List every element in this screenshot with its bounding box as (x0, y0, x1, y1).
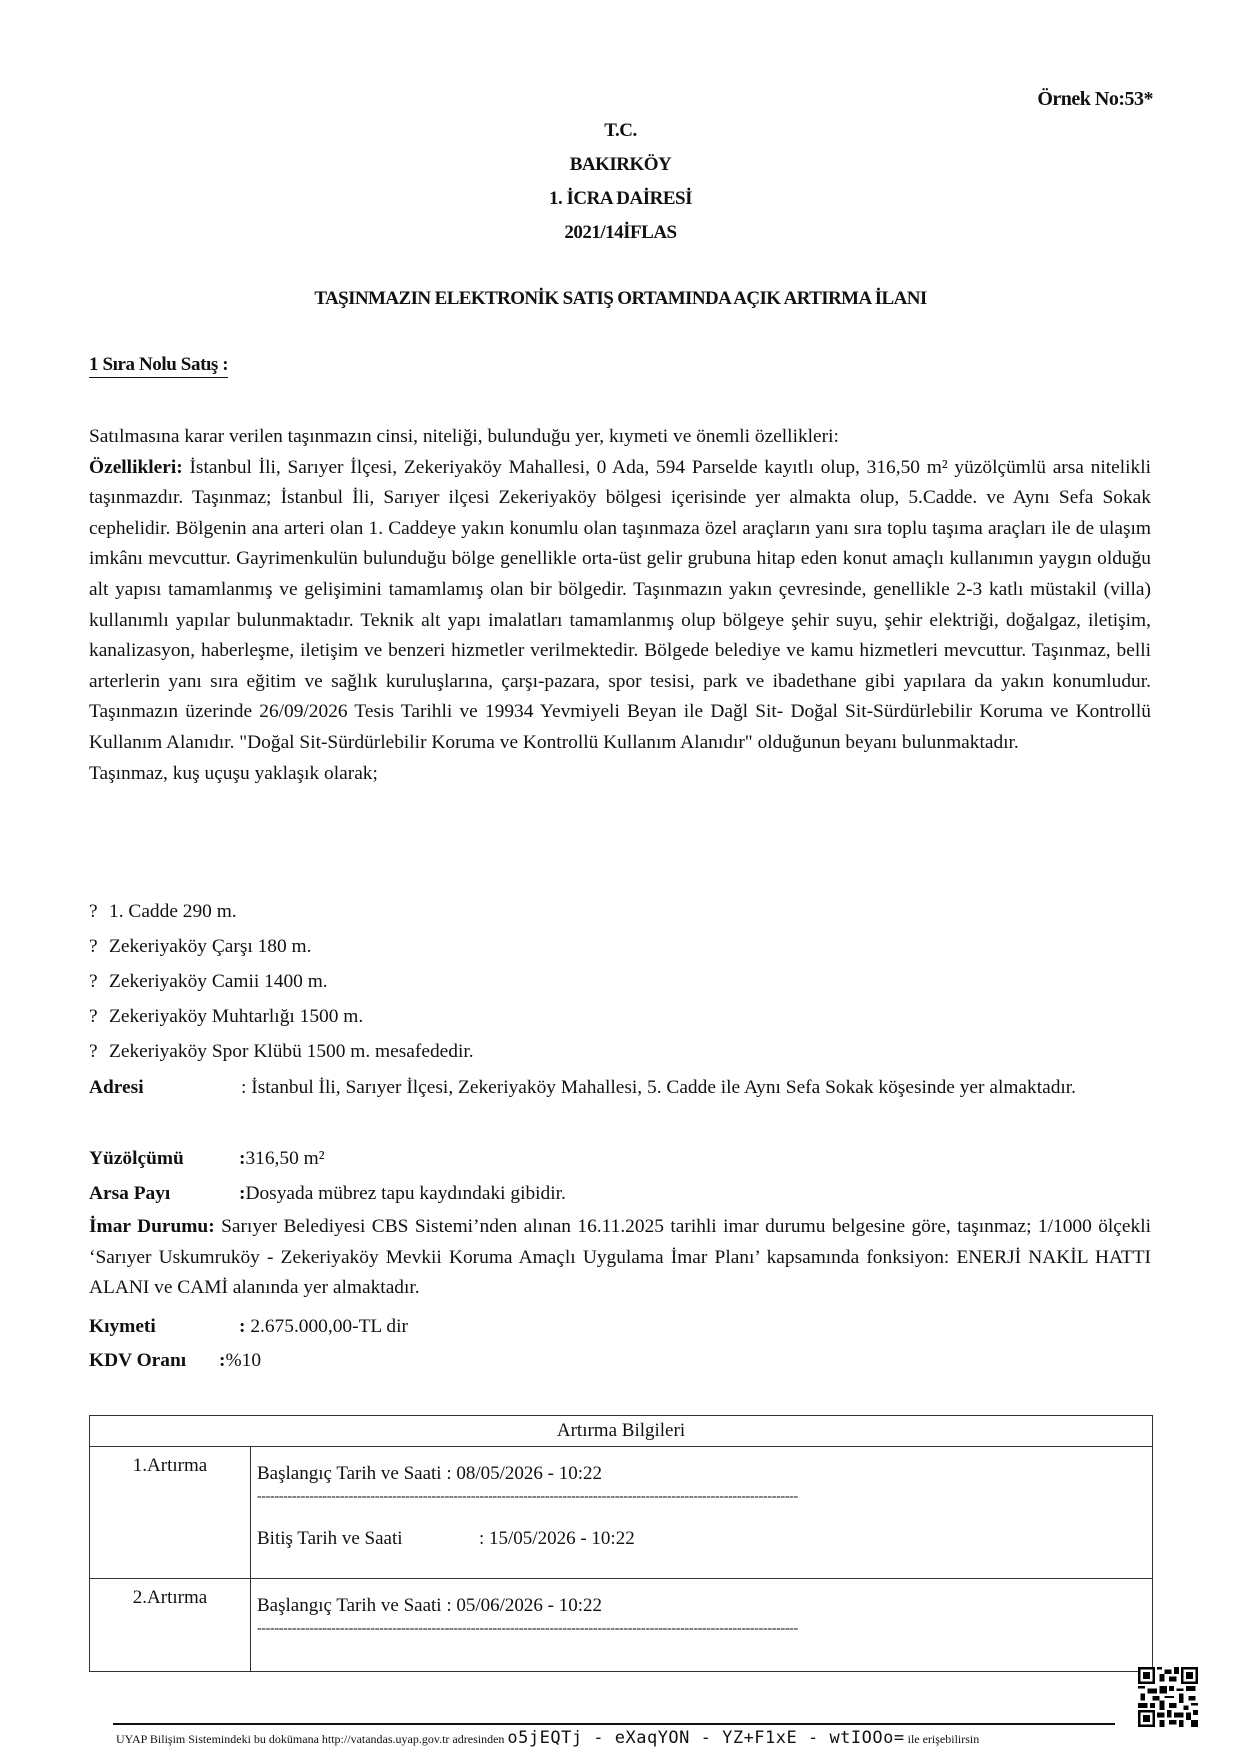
distance-text: 1. Cadde 290 m. (109, 901, 237, 922)
footer-divider (113, 1723, 1115, 1725)
vat-label: KDV Oranı (89, 1346, 219, 1377)
header-line-tc: T.C. (0, 120, 1241, 142)
round-label: 1.Artırma (90, 1447, 251, 1579)
unknown-bullet-icon: ? (89, 967, 109, 998)
footer-verification: UYAP Bilişim Sistemindeki bu dokümana ht… (116, 1726, 979, 1751)
start-datetime: Başlangıç Tarih ve Saati : 05/06/2026 - … (257, 1589, 1152, 1622)
features-paragraph: Özellikleri: İstanbul İli, Sarıyer İlçes… (89, 453, 1151, 759)
end-value: : 15/05/2026 - 10:22 (479, 1528, 635, 1549)
unknown-bullet-icon: ? (89, 1002, 109, 1033)
value-field: Kıymeti: 2.675.000,00-TL dir (89, 1312, 1151, 1343)
auction-table-header: Artırma Bilgileri (90, 1416, 1153, 1447)
header-line-file-no: 2021/14İFLAS (0, 222, 1241, 244)
distance-text: Zekeriyaköy Muhtarlığı 1500 m. (109, 1006, 363, 1027)
sale-heading: 1 Sıra Nolu Satış : (89, 354, 228, 378)
share-label: Arsa Payı (89, 1179, 239, 1210)
distance-text: Zekeriyaköy Çarşı 180 m. (109, 936, 311, 957)
address-label: Adresi (89, 1073, 241, 1104)
footer-suffix: ile erişebilirsin (908, 1732, 980, 1746)
footer-prefix: UYAP Bilişim Sistemindeki bu dokümana ht… (116, 1732, 504, 1746)
features-text: İstanbul İli, Sarıyer İlçesi, Zekeriyakö… (89, 457, 1151, 753)
unknown-bullet-icon: ? (89, 1037, 109, 1068)
header-line-city: BAKIRKÖY (0, 154, 1241, 176)
address-value: İstanbul İli, Sarıyer İlçesi, Zekeriyakö… (246, 1077, 1076, 1098)
vat-value: %10 (225, 1350, 261, 1371)
address-field: Adresi: İstanbul İli, Sarıyer İlçesi, Ze… (89, 1073, 1151, 1104)
zoning-field: İmar Durumu: Sarıyer Belediyesi CBS Sist… (89, 1212, 1151, 1304)
end-label: Bitiş Tarih ve Saati (257, 1522, 479, 1555)
start-datetime: Başlangıç Tarih ve Saati : 08/05/2026 - … (257, 1457, 1152, 1490)
list-item: ?Zekeriyaköy Camii 1400 m. (89, 967, 1151, 1002)
area-field: Yüzölçümü:316,50 m² (89, 1144, 1151, 1175)
zoning-label: İmar Durumu: (89, 1216, 215, 1237)
auction-table: Artırma Bilgileri 1.Artırma Başlangıç Ta… (89, 1415, 1153, 1672)
round-details: Başlangıç Tarih ve Saati : 08/05/2026 - … (251, 1447, 1153, 1579)
zoning-value: Sarıyer Belediyesi CBS Sistemi’nden alın… (89, 1216, 1151, 1298)
header-line-office: 1. İCRA DAİRESİ (0, 188, 1241, 210)
start-label: Başlangıç Tarih ve Saati (257, 1463, 442, 1484)
list-item: ?Zekeriyaköy Muhtarlığı 1500 m. (89, 1002, 1151, 1037)
features-label: Özellikleri: (89, 457, 183, 478)
value-label: Kıymeti (89, 1312, 239, 1343)
unknown-bullet-icon: ? (89, 932, 109, 963)
distance-text: Zekeriyaköy Spor Klübü 1500 m. mesafeded… (109, 1041, 474, 1062)
round-label: 2.Artırma (90, 1579, 251, 1672)
separator-line: ----------------------------------------… (257, 1490, 997, 1512)
qr-code-icon (1138, 1667, 1198, 1727)
value-amount: 2.675.000,00-TL dir (245, 1316, 407, 1337)
distance-list: ?1. Cadde 290 m. ?Zekeriyaköy Çarşı 180 … (89, 897, 1151, 1072)
list-item: ?1. Cadde 290 m. (89, 897, 1151, 932)
document-page: Örnek No:53* T.C. BAKIRKÖY 1. İCRA DAİRE… (0, 0, 1241, 1754)
intro-text: Satılmasına karar verilen taşınmazın cin… (89, 422, 1151, 453)
unknown-bullet-icon: ? (89, 897, 109, 928)
table-row: 1.Artırma Başlangıç Tarih ve Saati : 08/… (90, 1447, 1153, 1579)
vat-field: KDV Oranı:%10 (89, 1346, 1151, 1377)
main-body: Satılmasına karar verilen taşınmazın cin… (89, 422, 1151, 789)
list-item: ?Zekeriyaköy Spor Klübü 1500 m. mesafede… (89, 1037, 1151, 1072)
round-details: Başlangıç Tarih ve Saati : 05/06/2026 - … (251, 1579, 1153, 1672)
start-label: Başlangıç Tarih ve Saati (257, 1595, 442, 1616)
sample-number: Örnek No:53* (1037, 88, 1153, 111)
table-row: 2.Artırma Başlangıç Tarih ve Saati : 05/… (90, 1579, 1153, 1672)
start-value: : 05/06/2026 - 10:22 (446, 1595, 602, 1616)
share-value: Dosyada mübrez tapu kaydındaki gibidir. (245, 1183, 565, 1204)
separator-line: ----------------------------------------… (257, 1622, 997, 1644)
area-value: 316,50 m² (245, 1148, 324, 1169)
distance-text: Zekeriyaköy Camii 1400 m. (109, 971, 328, 992)
share-field: Arsa Payı:Dosyada mübrez tapu kaydındaki… (89, 1179, 1151, 1210)
end-datetime: Bitiş Tarih ve Saati: 15/05/2026 - 10:22 (257, 1522, 1152, 1555)
start-value: : 08/05/2026 - 10:22 (446, 1463, 602, 1484)
area-label: Yüzölçümü (89, 1144, 239, 1175)
distance-intro: Taşınmaz, kuş uçuşu yaklaşık olarak; (89, 759, 1151, 790)
verification-code: o5jEQTj - eXaqYON - YZ+F1xE - wtIOOo= (507, 1728, 904, 1748)
document-title: TAŞINMAZIN ELEKTRONİK SATIŞ ORTAMINDA AÇ… (0, 288, 1241, 310)
list-item: ?Zekeriyaköy Çarşı 180 m. (89, 932, 1151, 967)
